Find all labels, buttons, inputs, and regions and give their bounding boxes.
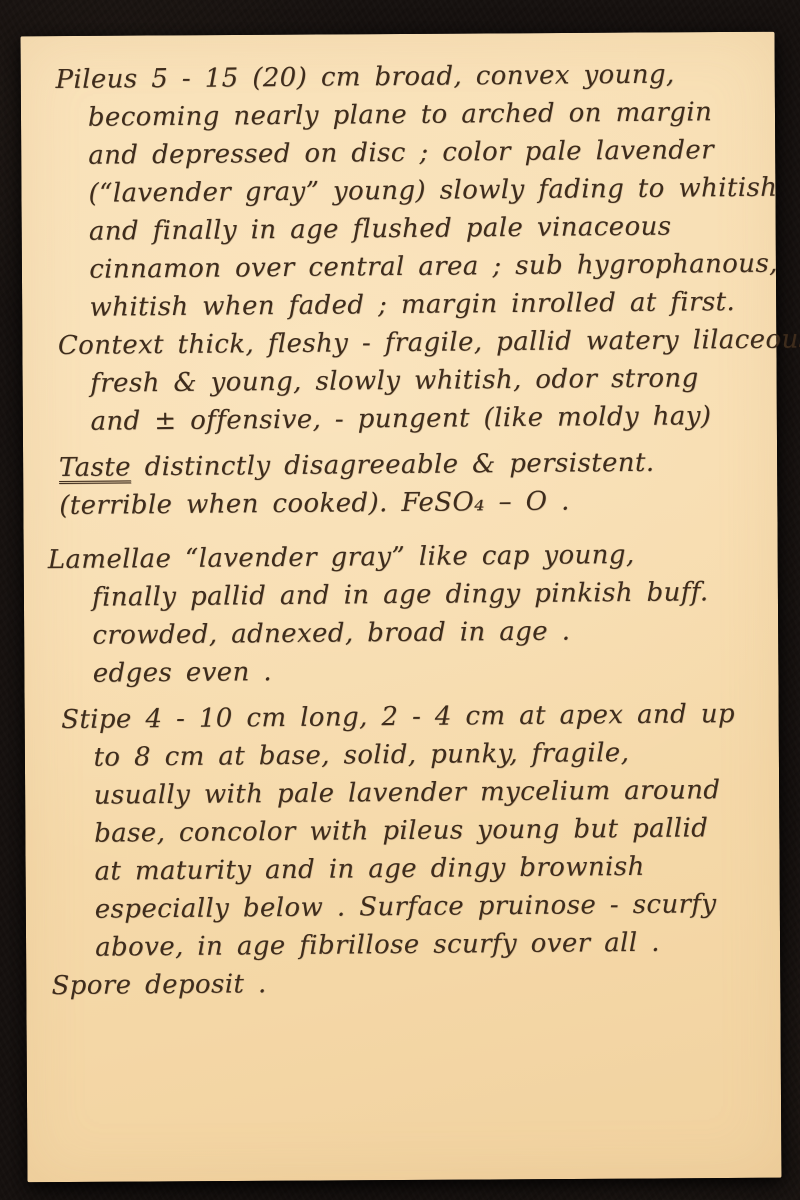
note-line: cinnamon over central area ; sub hygroph… [89, 245, 759, 289]
note-line: base, concolor with pileus young but pal… [94, 809, 764, 853]
note-line-pileus-start: Pileus 5 - 15 (20) cm broad, convex youn… [55, 55, 757, 99]
note-line-text: finally pallid and in age dingy pinkish … [92, 577, 709, 612]
note-line: crowded, adnexed, broad in age . [92, 611, 762, 655]
note-line: and finally in age flushed pale vinaceou… [89, 207, 759, 251]
note-line-text: Context thick, fleshy - fragile, pallid … [58, 324, 800, 361]
note-line-text: whitish when faded ; margin inrolled at … [89, 287, 735, 323]
note-line-text: to 8 cm at base, solid, punky, fragile, [93, 738, 629, 773]
note-line-stipe-start: Stipe 4 - 10 cm long, 2 - 4 cm at apex a… [61, 695, 763, 739]
note-line-text: (“lavender gray” young) slowly fading to… [88, 173, 777, 209]
handwritten-text: Pileus 5 - 15 (20) cm broad, convex youn… [41, 55, 765, 1005]
note-line-feso4-test: (terrible when cooked). FeSO₄ – O . [59, 481, 761, 525]
note-line-text: and ± offensive, - pungent (like moldy h… [90, 401, 711, 436]
note-line: fresh & young, slowly whitish, odor stro… [90, 359, 760, 403]
note-line: finally pallid and in age dingy pinkish … [92, 573, 762, 617]
note-line-text: (terrible when cooked). FeSO₄ – O . [59, 487, 570, 521]
note-line: above, in age fibrillose scurfy over all… [95, 923, 765, 967]
note-line-spore-deposit: Spore deposit . [51, 961, 765, 1005]
note-line: (“lavender gray” young) slowly fading to… [88, 169, 758, 213]
note-line-text: crowded, adnexed, broad in age . [92, 617, 570, 651]
note-line-text: at maturity and in age dingy brownish [94, 852, 644, 887]
note-line: usually with pale lavender mycelium arou… [94, 771, 764, 815]
note-line: especially below . Surface pruinose - sc… [95, 885, 765, 929]
note-card: Pileus 5 - 15 (20) cm broad, convex youn… [21, 32, 782, 1183]
note-line-lamellae-start: Lamellae “lavender gray” like cap young, [48, 535, 762, 579]
note-line-text: Spore deposit . [51, 969, 266, 1001]
note-line: becoming nearly plane to arched on margi… [88, 93, 758, 137]
note-line-text: especially below . Surface pruinose - sc… [95, 889, 717, 924]
note-line-text: and depressed on disc ; color pale laven… [88, 135, 714, 170]
note-line-text: and finally in age flushed pale vinaceou… [89, 212, 672, 247]
note-line-text: Lamellae “lavender gray” like cap young, [48, 540, 635, 575]
note-line: whitish when faded ; margin inrolled at … [89, 283, 759, 327]
note-line-text: base, concolor with pileus young but pal… [94, 813, 708, 848]
note-line: edges even . [93, 649, 763, 693]
taste-underlined-word: Taste [59, 452, 131, 483]
note-line-taste-start: Taste distinctly disagreeable & persiste… [59, 443, 761, 487]
note-line-text: above, in age fibrillose scurfy over all… [95, 928, 660, 963]
note-line-text: becoming nearly plane to arched on margi… [88, 97, 713, 132]
photo-backdrop: { "page": { "description_colors": { "bac… [0, 0, 800, 1200]
note-line-text: Stipe 4 - 10 cm long, 2 - 4 cm at apex a… [61, 699, 735, 735]
note-line: and ± offensive, - pungent (like moldy h… [90, 397, 760, 441]
note-line: to 8 cm at base, solid, punky, fragile, [93, 733, 763, 777]
note-line-text: edges even . [93, 657, 272, 689]
note-line-text: distinctly disagreeable & persistent. [131, 448, 655, 483]
note-line: and depressed on disc ; color pale laven… [88, 131, 758, 175]
note-line: at maturity and in age dingy brownish [94, 847, 764, 891]
note-line-text: cinnamon over central area ; sub hygroph… [89, 249, 778, 285]
note-line-text: fresh & young, slowly whitish, odor stro… [90, 363, 699, 398]
note-line-context-start: Context thick, fleshy - fragile, pallid … [58, 321, 760, 365]
note-line-text: usually with pale lavender mycelium arou… [94, 775, 721, 810]
note-line-text: Pileus 5 - 15 (20) cm broad, convex youn… [55, 60, 674, 95]
